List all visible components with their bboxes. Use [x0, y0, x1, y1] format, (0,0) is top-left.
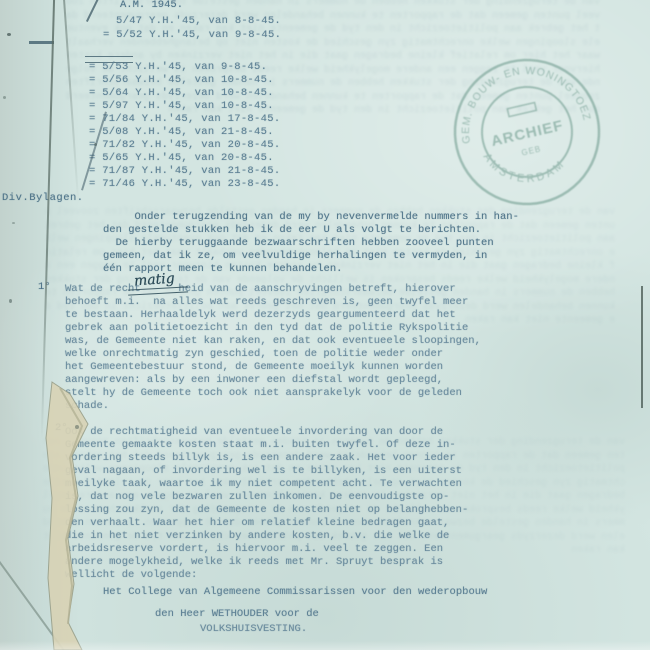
- archive-stamp: GEM. BOUW- EN WONINGTOEZICHT AMSTERDAM A…: [431, 36, 623, 228]
- registry-item: = 5/65 Y.H.'45, van 20-8-45.: [89, 152, 274, 165]
- registry-item: = 71/82 Y.H.'45, van 20-8-45.: [89, 139, 280, 152]
- scanned-document-page: van de terugzending der stukken hebben d…: [0, 0, 650, 650]
- bottom-scan-strip: [0, 641, 650, 650]
- intro-paragraph: Onder terugzending van de my by nevenver…: [103, 211, 519, 276]
- dirt-speck: [12, 222, 15, 224]
- header-year-line: A.M. 1945.: [120, 0, 183, 12]
- dirt-speck: [75, 425, 79, 429]
- registry-item: = 71/87 Y.H.'45, van 21-8-45.: [89, 165, 280, 178]
- stamp-center-text: ARCHIEF: [490, 117, 566, 150]
- paragraph-1-marker: 1°: [38, 281, 51, 294]
- registry-item: 5/47 Y.H.'45, van 8-8-45.: [116, 15, 281, 28]
- page-edge-line: [63, 0, 79, 204]
- attachments-label: Div.Bylagen.: [2, 192, 84, 205]
- registry-item: = 5/64 Y.H.'45, van 10-8-45.: [89, 87, 274, 100]
- dirt-speck: [94, 143, 97, 146]
- registry-item: = 71/84 Y.H.'45, van 17-8-45.: [89, 113, 280, 126]
- stamp-date-box: [507, 103, 536, 117]
- registry-item: = 5/52 Y.H.'45, van 9-8-45.: [103, 29, 281, 42]
- dirt-speck: [3, 96, 6, 99]
- closing-reference-line: Het College van Algemeene Commissarissen…: [103, 586, 487, 599]
- registry-item: = 5/53 Y.H.'45, van 9-8-45.: [89, 61, 267, 74]
- stamp-center-sub-text: GEB: [521, 144, 542, 157]
- registry-item: = 71/46 Y.H.'45, van 23-8-45.: [89, 178, 280, 191]
- registry-item: = 5/56 Y.H.'45, van 10-8-45.: [89, 74, 274, 87]
- closing-department-line: VOLKSHUISVESTING.: [200, 623, 307, 636]
- dirt-speck: [9, 299, 12, 303]
- paragraph-1-text: Wat de recht heid van de aanschryvingen …: [65, 283, 481, 413]
- dirt-speck: [7, 33, 11, 36]
- handwritten-dash-mark: [29, 41, 54, 44]
- corner-crease-line: [0, 555, 66, 650]
- page-fold-line: [41, 0, 56, 439]
- right-page-edge-line: [641, 286, 643, 408]
- handwritten-insert-word: matig: [133, 271, 175, 290]
- registry-item: = 5/08 Y.H.'45, van 21-8-45.: [89, 126, 274, 139]
- paragraph-2-text: Ook de rechtmatigheid van eventueele inv…: [65, 426, 468, 582]
- handwritten-slash-mark: [86, 0, 100, 22]
- closing-addressee-line: den Heer WETHOUDER voor de: [155, 608, 319, 621]
- registry-item: = 5/97 Y.H.'45, van 10-8-45.: [89, 100, 274, 113]
